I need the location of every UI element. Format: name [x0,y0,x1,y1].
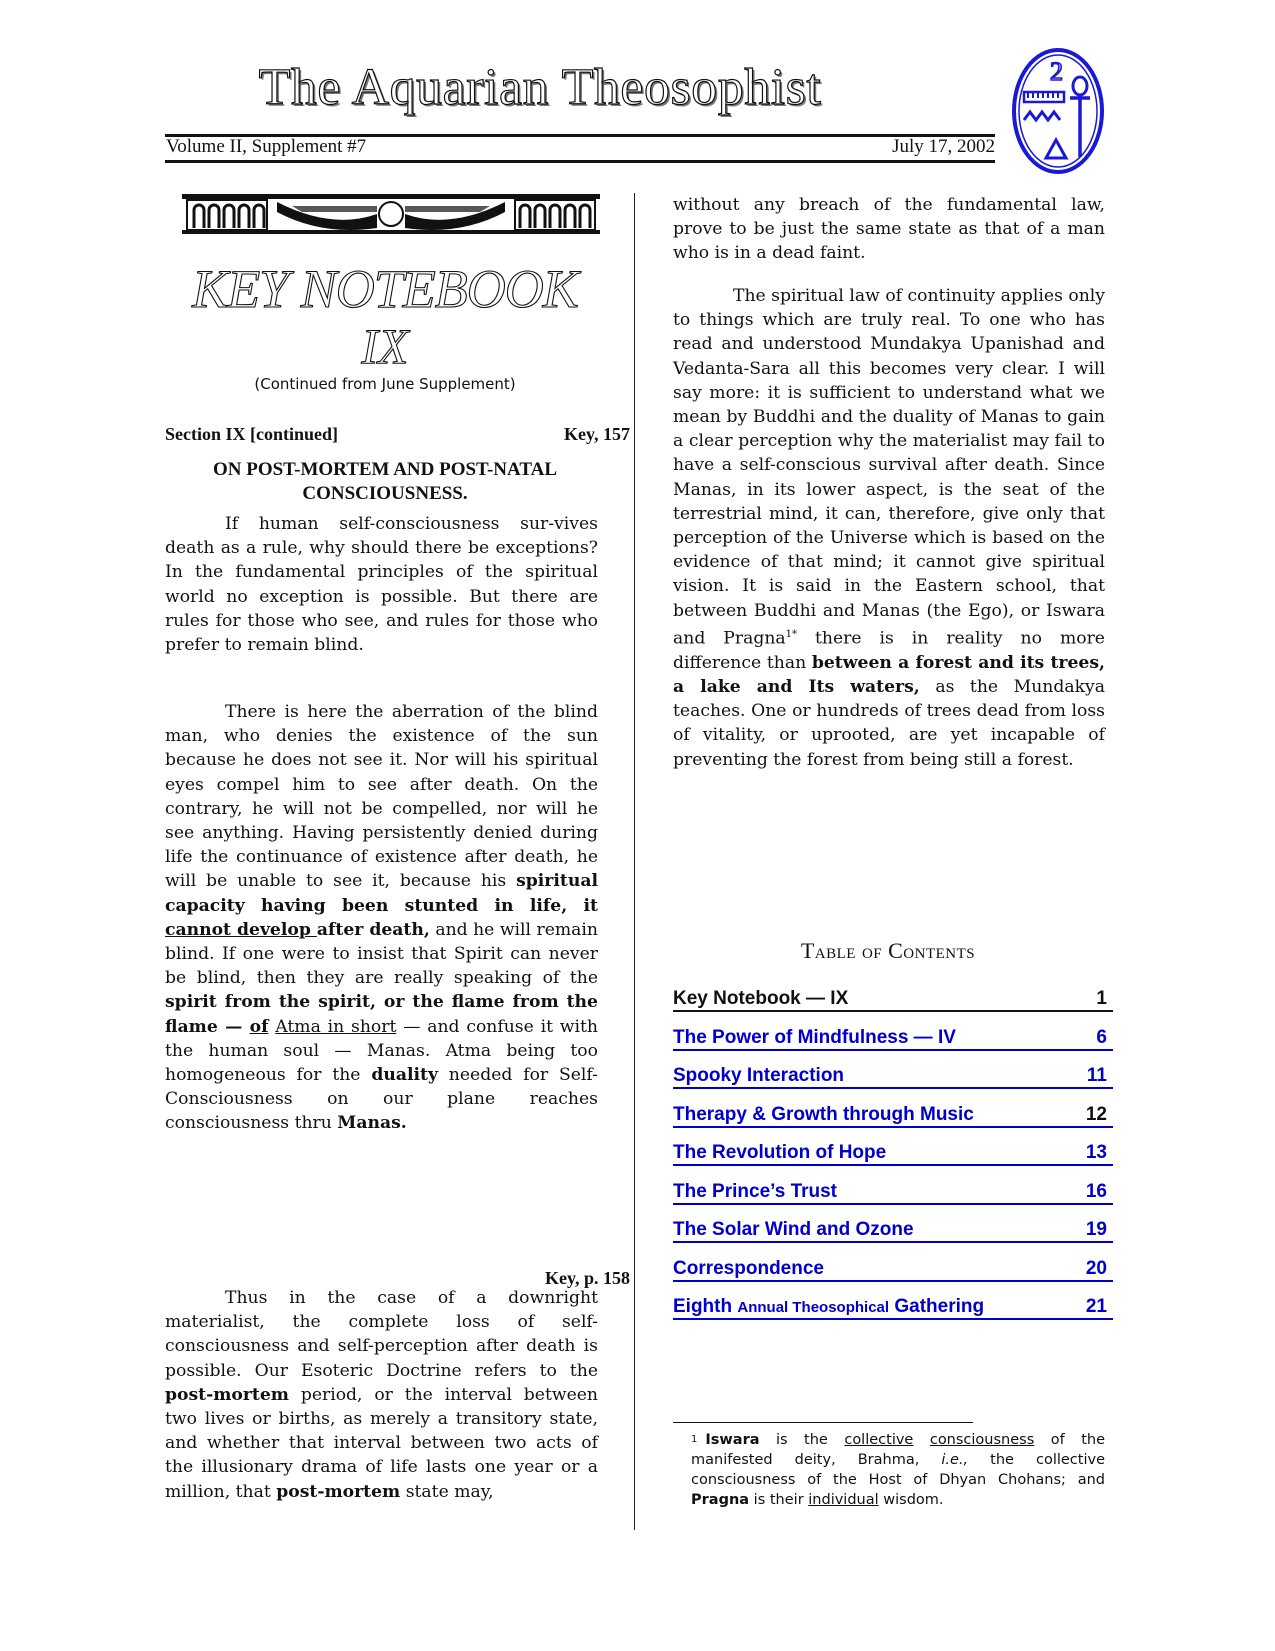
paragraph-4: without any breach of the fundamental la… [673,193,1105,266]
paragraph-1: If human self-consciousness sur-vives de… [165,512,598,657]
toc-item[interactable]: Correspondence20 [673,1255,1113,1282]
winged-sun-ornament-icon [182,192,600,237]
section-heading: ON POST-MORTEM AND POST-NATAL CONSCIOUSN… [165,458,605,506]
footnote: 1Iswara is the collective consciousness … [673,1430,1105,1510]
toc-item[interactable]: The Power of Mindfulness — IV6 [673,1024,1113,1051]
table-of-contents: Key Notebook — IX1 The Power of Mindfuln… [673,985,1113,1332]
paragraph-5: The spiritual law of continuity applies … [673,284,1105,772]
toc-item[interactable]: The Solar Wind and Ozone19 [673,1216,1113,1243]
continued-note: (Continued from June Supplement) [160,375,610,393]
publication-title: The Aquarian Theosophist [150,58,930,117]
paragraph-3: Thus in the case of a downright material… [165,1286,598,1504]
key-reference: Key, 157 [564,424,630,445]
column-divider [634,193,635,1530]
toc-title: Table of Contents [673,938,1103,964]
section-label: Section IX [continued] [165,424,338,445]
article-title: KEY NOTEBOOK [160,258,610,320]
paragraph-2: There is here the aberration of the blin… [165,700,598,1136]
svg-text:2: 2 [1050,57,1063,86]
toc-item[interactable]: The Revolution of Hope13 [673,1139,1113,1166]
aquarius-ankh-logo-icon: 2 [1010,46,1106,176]
section-row: Section IX [continued] Key, 157 [165,424,630,445]
toc-item[interactable]: Eighth Annual Theosophical Gathering21 [673,1293,1113,1320]
article-number: IX [160,317,610,375]
toc-item[interactable]: Therapy & Growth through Music12 [673,1101,1113,1128]
volume-label: Volume II, Supplement #7 [166,136,366,158]
toc-item[interactable]: Key Notebook — IX1 [673,985,1113,1012]
issue-date: July 17, 2002 [830,136,995,158]
masthead-rule-bottom [165,160,995,163]
footnote-rule [673,1422,973,1423]
footnote-ref[interactable]: 1* [786,629,797,640]
toc-item[interactable]: Spooky Interaction11 [673,1062,1113,1089]
toc-item[interactable]: The Prince’s Trust16 [673,1178,1113,1205]
